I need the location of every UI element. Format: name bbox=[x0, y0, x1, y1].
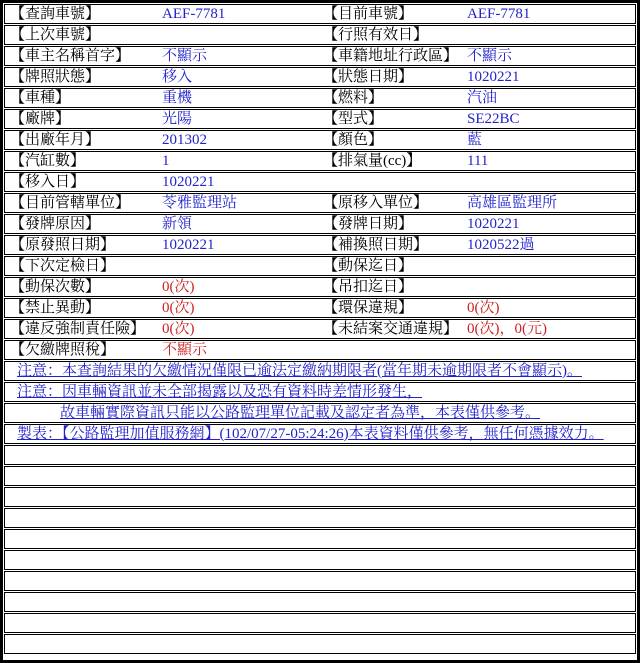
field-label: 【燃料】 bbox=[323, 89, 383, 107]
field-label: 【車主名稱首字】 bbox=[10, 47, 130, 65]
field-value: 1020221 bbox=[467, 68, 520, 86]
note-row: 製表：【公路監理加值服務網】(102/07/27-05:24:26)本表資料僅供… bbox=[4, 424, 636, 444]
field-row: 【上次車號】【行照有效日】 bbox=[4, 25, 636, 45]
field-value: AEF-7781 bbox=[162, 5, 225, 23]
field-value: 1020522過 bbox=[467, 236, 535, 254]
empty-row bbox=[4, 634, 636, 654]
field-label: 【吊扣迄日】 bbox=[323, 278, 413, 296]
empty-row bbox=[4, 613, 636, 633]
field-label: 【廠牌】 bbox=[10, 110, 70, 128]
field-label: 【發牌原因】 bbox=[10, 215, 100, 233]
field-row: 【廠牌】光陽【型式】SE22BC bbox=[4, 109, 636, 129]
note-text: 故車輛實際資訊只能以公路監理單位記載及認定者為準，本表僅供參考。 bbox=[60, 404, 540, 422]
field-row: 【汽缸數】1【排氣量(cc)】111 bbox=[4, 151, 636, 171]
field-label: 【牌照狀態】 bbox=[10, 68, 100, 86]
field-value: 1020221 bbox=[467, 215, 520, 233]
field-label: 【環保違規】 bbox=[323, 299, 413, 317]
field-value: 新領 bbox=[162, 215, 192, 233]
note-text: 注意：因車輛資訊並未全部揭露以及恐有資料時差情形發生， bbox=[17, 383, 422, 401]
field-label: 【原發照日期】 bbox=[10, 236, 115, 254]
field-row: 【發牌原因】新領【發牌日期】1020221 bbox=[4, 214, 636, 234]
field-value: 1 bbox=[162, 152, 170, 170]
field-value: 1020221 bbox=[162, 236, 215, 254]
field-value: 汽油 bbox=[467, 89, 497, 107]
field-label: 【下次定檢日】 bbox=[10, 257, 115, 275]
field-label: 【顏色】 bbox=[323, 131, 383, 149]
field-row: 【車主名稱首字】不顯示【車籍地址行政區】不顯示 bbox=[4, 46, 636, 66]
empty-row bbox=[4, 508, 636, 528]
field-value: 111 bbox=[467, 152, 488, 170]
field-value: 不顯示 bbox=[162, 341, 207, 359]
empty-row bbox=[4, 445, 636, 465]
empty-row bbox=[4, 592, 636, 612]
field-value: SE22BC bbox=[467, 110, 520, 128]
empty-row bbox=[4, 571, 636, 591]
note-text: 注意：本查詢結果的欠繳情況僅限已逾法定繳納期限者(當年期未逾期限者不會顯示)。 bbox=[17, 362, 582, 380]
field-label: 【發牌日期】 bbox=[323, 215, 413, 233]
field-label: 【目前管轄單位】 bbox=[10, 194, 130, 212]
field-row: 【查詢車號】AEF-7781【目前車號】AEF-7781 bbox=[4, 4, 636, 24]
field-row: 【下次定檢日】【動保迄日】 bbox=[4, 256, 636, 276]
field-value: 0(次) bbox=[162, 299, 195, 317]
empty-row bbox=[4, 550, 636, 570]
field-row: 【牌照狀態】移入【狀態日期】1020221 bbox=[4, 67, 636, 87]
field-row: 【禁止異動】0(次)【環保違規】0(次) bbox=[4, 298, 636, 318]
field-label: 【上次車號】 bbox=[10, 26, 100, 44]
field-row: 【動保次數】0(次)【吊扣迄日】 bbox=[4, 277, 636, 297]
field-value: 0(次) bbox=[162, 278, 195, 296]
field-value: 重機 bbox=[162, 89, 192, 107]
field-label: 【未結案交通違規】 bbox=[323, 320, 458, 338]
field-label: 【禁止異動】 bbox=[10, 299, 100, 317]
field-value: AEF-7781 bbox=[467, 5, 530, 23]
field-label: 【原移入單位】 bbox=[323, 194, 428, 212]
field-label: 【出廠年月】 bbox=[10, 131, 100, 149]
field-row: 【欠繳牌照稅】不顯示 bbox=[4, 340, 636, 360]
field-row: 【原發照日期】1020221【補換照日期】1020522過 bbox=[4, 235, 636, 255]
field-row: 【車種】重機【燃料】汽油 bbox=[4, 88, 636, 108]
field-label: 【動保次數】 bbox=[10, 278, 100, 296]
field-label: 【車籍地址行政區】 bbox=[323, 47, 458, 65]
field-label: 【行照有效日】 bbox=[323, 26, 428, 44]
field-label: 【動保迄日】 bbox=[323, 257, 413, 275]
field-label: 【狀態日期】 bbox=[323, 68, 413, 86]
empty-row bbox=[4, 487, 636, 507]
field-value: 苓雅監理站 bbox=[162, 194, 237, 212]
field-label: 【目前車號】 bbox=[323, 5, 413, 23]
field-label: 【違反強制責任險】 bbox=[10, 320, 145, 338]
field-row: 【移入日】1020221 bbox=[4, 172, 636, 192]
field-row: 【違反強制責任險】0(次)【未結案交通違規】0(次)，0(元) bbox=[4, 319, 636, 339]
field-label: 【汽缸數】 bbox=[10, 152, 85, 170]
empty-row bbox=[4, 529, 636, 549]
field-label: 【欠繳牌照稅】 bbox=[10, 341, 115, 359]
field-label: 【查詢車號】 bbox=[10, 5, 100, 23]
field-row: 【目前管轄單位】苓雅監理站【原移入單位】高雄區監理所 bbox=[4, 193, 636, 213]
field-value: 0(次) bbox=[162, 320, 195, 338]
field-value: 201302 bbox=[162, 131, 207, 149]
field-label: 【排氣量(cc)】 bbox=[323, 152, 421, 170]
field-value: 不顯示 bbox=[467, 47, 512, 65]
field-row: 【出廠年月】201302【顏色】藍 bbox=[4, 130, 636, 150]
field-value: 移入 bbox=[162, 68, 192, 86]
field-value: 藍 bbox=[467, 131, 482, 149]
note-row: 故車輛實際資訊只能以公路監理單位記載及認定者為準，本表僅供參考。 bbox=[4, 403, 636, 423]
empty-row bbox=[4, 466, 636, 486]
field-value: 0(次)，0(元) bbox=[467, 320, 547, 338]
field-value: 高雄區監理所 bbox=[467, 194, 557, 212]
field-value: 1020221 bbox=[162, 173, 215, 191]
field-label: 【移入日】 bbox=[10, 173, 85, 191]
field-value: 不顯示 bbox=[162, 47, 207, 65]
field-value: 0(次) bbox=[467, 299, 500, 317]
note-text: 製表：【公路監理加值服務網】(102/07/27-05:24:26)本表資料僅供… bbox=[17, 425, 604, 443]
field-label: 【車種】 bbox=[10, 89, 70, 107]
note-row: 注意：因車輛資訊並未全部揭露以及恐有資料時差情形發生， bbox=[4, 382, 636, 402]
field-label: 【補換照日期】 bbox=[323, 236, 428, 254]
vehicle-report-table: 【查詢車號】AEF-7781【目前車號】AEF-7781【上次車號】【行照有效日… bbox=[0, 0, 640, 663]
field-value: 光陽 bbox=[162, 110, 192, 128]
note-row: 注意：本查詢結果的欠繳情況僅限已逾法定繳納期限者(當年期未逾期限者不會顯示)。 bbox=[4, 361, 636, 381]
field-label: 【型式】 bbox=[323, 110, 383, 128]
